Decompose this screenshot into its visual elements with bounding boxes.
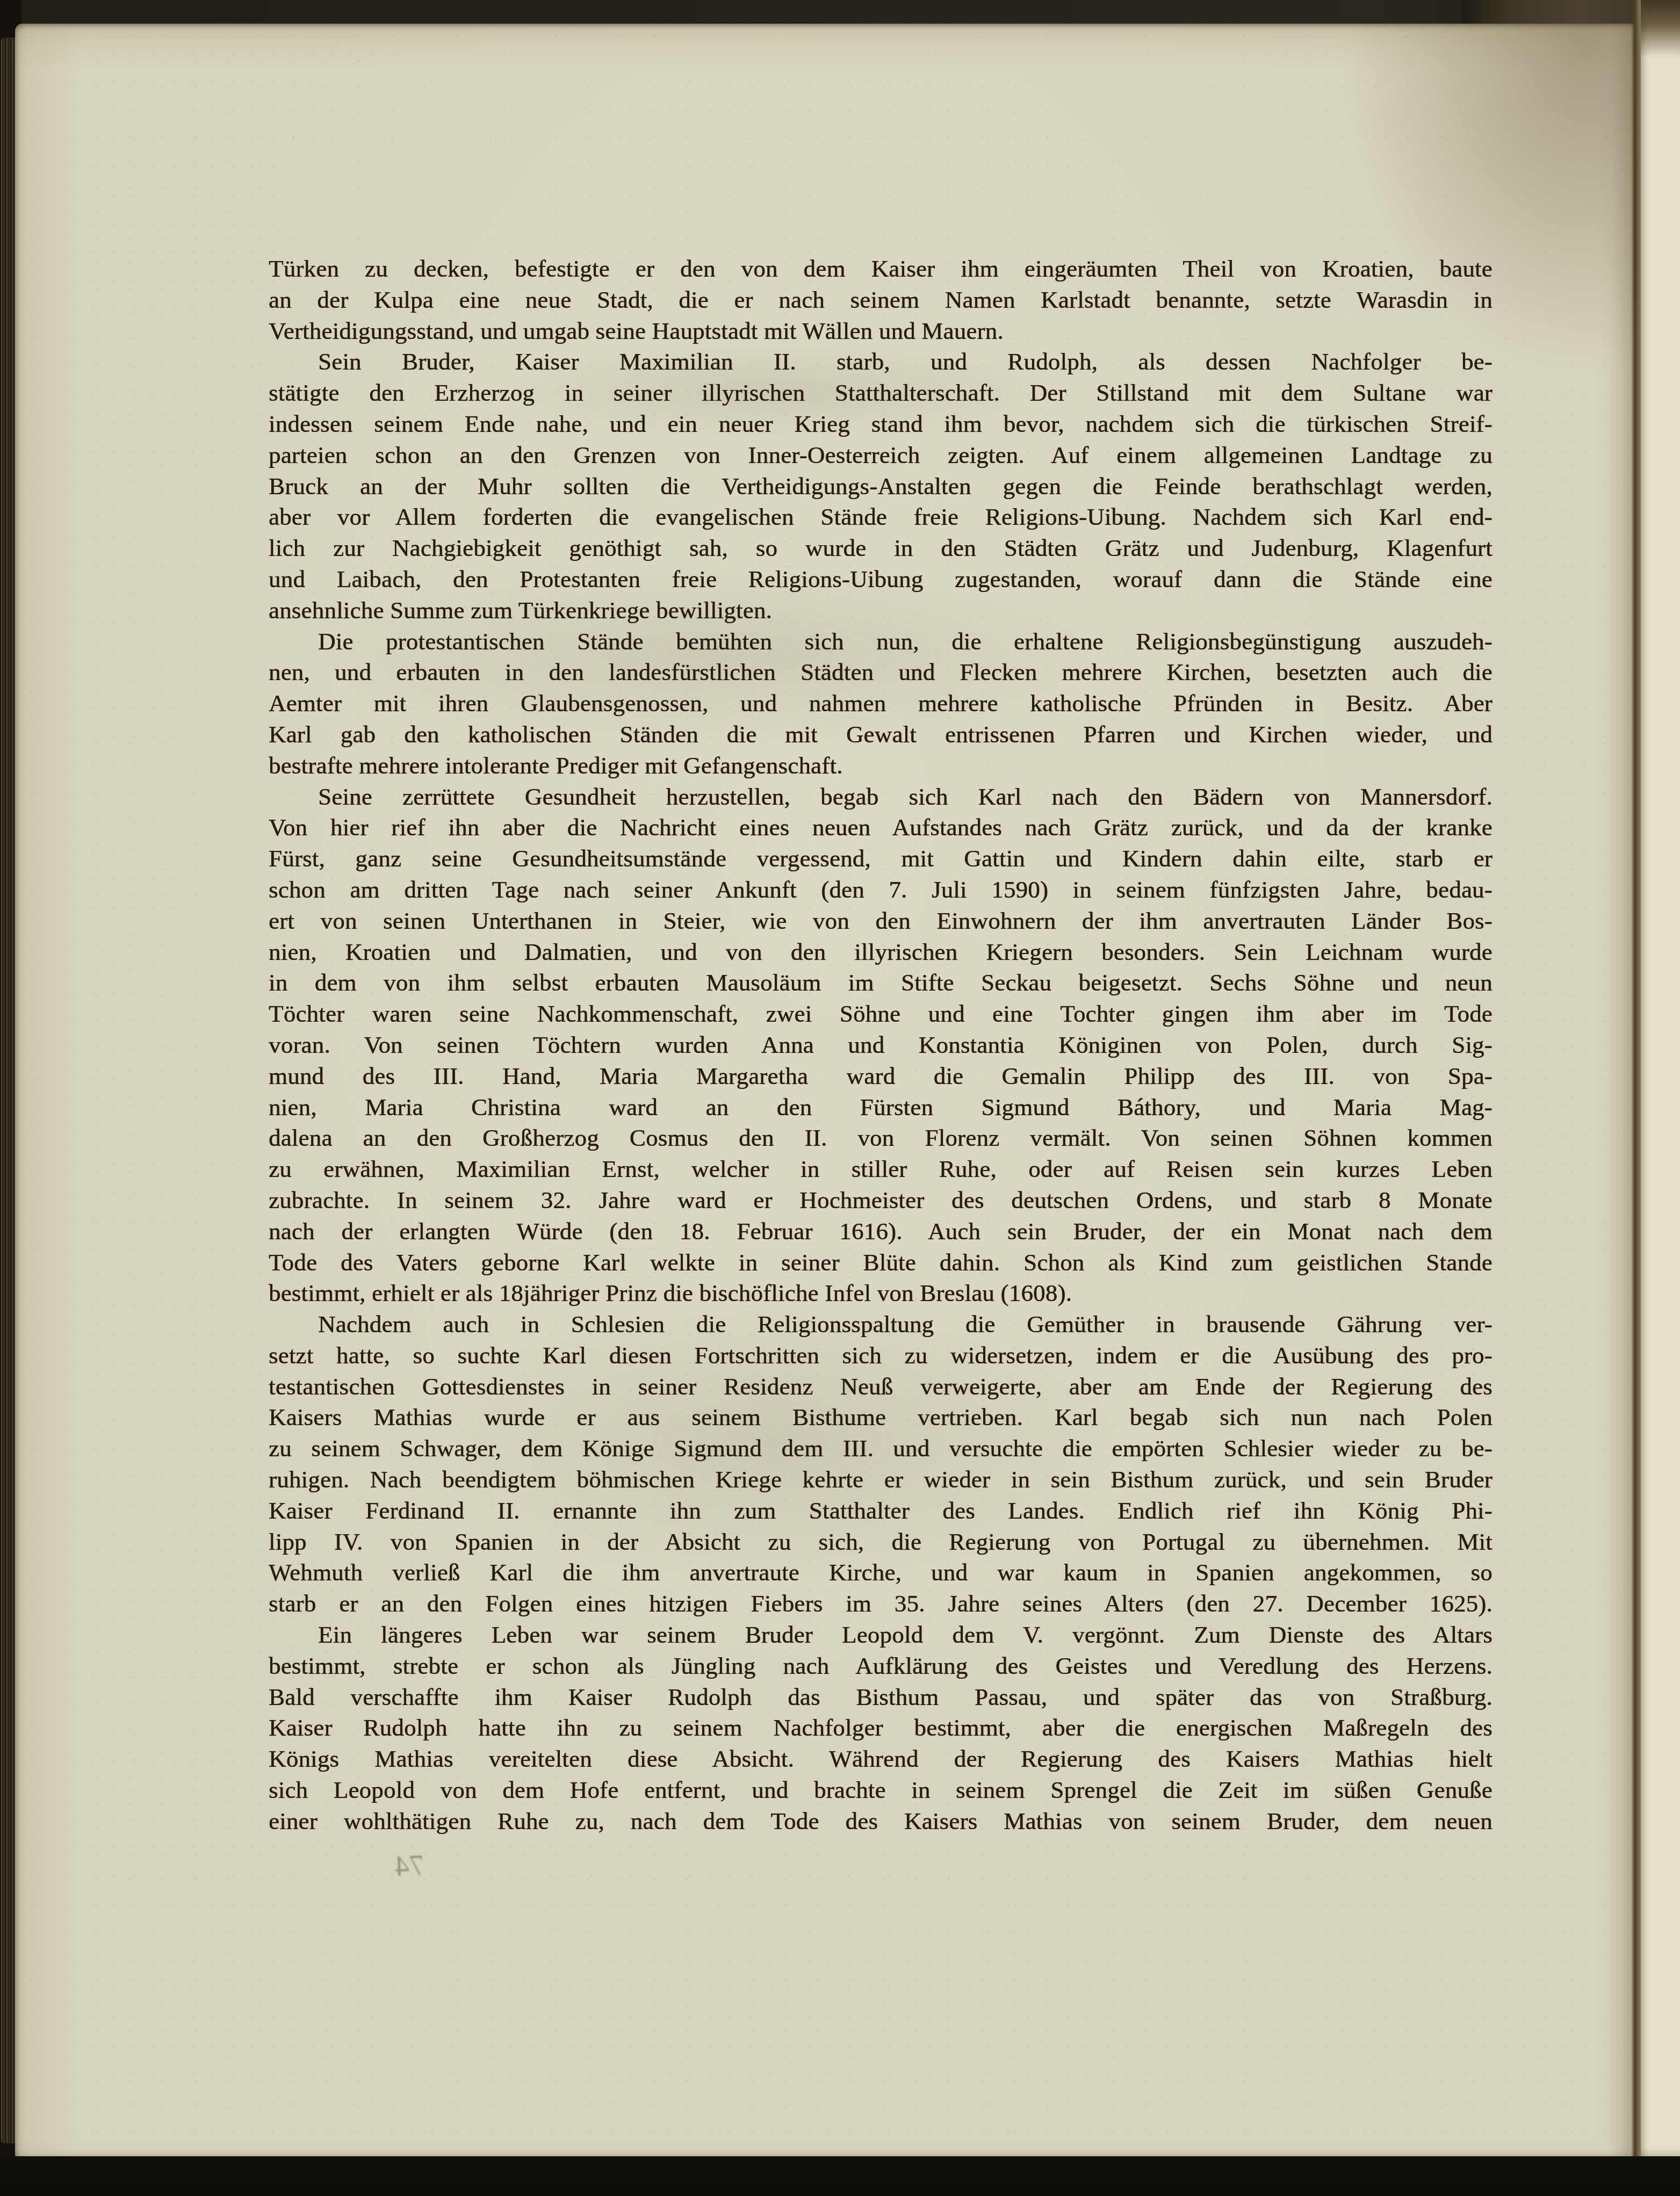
text-line: Bald verschaffte ihm Kaiser Rudolph das … [269,1682,1492,1713]
gutter-crease [1631,0,1641,2196]
text-line: Nachdem auch in Schlesien die Religionss… [269,1309,1492,1340]
text-line: Kaisers Mathias wurde er aus seinem Bist… [269,1402,1492,1433]
text-line: Ein längeres Leben war seinem Bruder Leo… [269,1620,1492,1651]
text-line: bestimmt, strebte er schon als Jüngling … [269,1651,1492,1682]
facing-page-sliver [1641,0,1680,2196]
text-line: Von hier rief ihn aber die Nachricht ein… [269,812,1492,843]
book-scan: Türken zu decken, befestigte er den von … [0,0,1680,2196]
text-line: einer wohlthätigen Ruhe zu, nach dem Tod… [269,1806,1492,1837]
text-line: bestrafte mehrere intolerante Prediger m… [269,750,1492,782]
text-line: setzt hatte, so suchte Karl diesen Forts… [269,1340,1492,1371]
text-line: parteien schon an den Grenzen von Inner-… [269,440,1492,471]
paragraph: Türken zu decken, befestigte er den von … [269,254,1492,346]
text-line: Bruck an der Muhr sollten die Vertheidig… [269,471,1492,502]
text-line: Karl gab den katholischen Ständen die mi… [269,719,1492,750]
text-line: Kaiser Ferdinand II. ernannte ihn zum St… [269,1496,1492,1527]
text-line: Sein Bruder, Kaiser Maximilian II. starb… [269,346,1492,378]
text-line: ansehnliche Summe zum Türkenkriege bewil… [269,595,1492,626]
text-line: testantischen Gottesdienstes in seiner R… [269,1371,1492,1403]
scanner-background-top [0,0,1680,25]
paragraph: Nachdem auch in Schlesien die Religionss… [269,1309,1492,1620]
text-line: Seine zerrüttete Gesundheit herzustellen… [269,782,1492,813]
text-line: aber vor Allem forderten die evangelisch… [269,502,1492,533]
text-line: Kaiser Rudolph hatte ihn zu seinem Nachf… [269,1713,1492,1744]
text-line: Türken zu decken, befestigte er den von … [269,254,1492,285]
paragraph: Sein Bruder, Kaiser Maximilian II. starb… [269,346,1492,626]
text-line: nach der erlangten Würde (den 18. Februa… [269,1216,1492,1247]
text-line: schon am dritten Tage nach seiner Ankunf… [269,875,1492,906]
text-line: an der Kulpa eine neue Stadt, die er nac… [269,285,1492,316]
text-line: Wehmuth verließ Karl die ihm anvertraute… [269,1557,1492,1588]
text-line: Die protestantischen Stände bemühten sic… [269,626,1492,658]
text-line: Tode des Vaters geborne Karl welkte in s… [269,1247,1492,1278]
paragraph: Ein längeres Leben war seinem Bruder Leo… [269,1620,1492,1837]
text-line: zubrachte. In seinem 32. Jahre ward er H… [269,1185,1492,1216]
text-line: lipp IV. von Spanien in der Absicht zu s… [269,1527,1492,1558]
text-line: ert von seinen Unterthanen in Steier, wi… [269,906,1492,937]
text-line: Königs Mathias vereitelten diese Absicht… [269,1744,1492,1775]
text-line: mund des III. Hand, Maria Margaretha war… [269,1061,1492,1092]
text-line: starb er an den Folgen eines hitzigen Fi… [269,1588,1492,1620]
text-line: sich Leopold von dem Hofe entfernt, und … [269,1775,1492,1806]
text-line: stätigte den Erzherzog in seiner illyris… [269,378,1492,409]
text-line: nen, und erbauten in den landesfürstlich… [269,657,1492,688]
scanner-background-bottom [0,2156,1680,2196]
text-line: und Laibach, den Protestanten freie Reli… [269,564,1492,595]
text-line: indessen seinem Ende nahe, und ein neuer… [269,409,1492,440]
text-line: Vertheidigungsstand, und umgab seine Hau… [269,316,1492,347]
text-line: lich zur Nachgiebigkeit genöthigt sah, s… [269,533,1492,564]
page-text-block: Türken zu decken, befestigte er den von … [269,254,1492,1837]
text-line: bestimmt, erhielt er als 18jähriger Prin… [269,1278,1492,1309]
paragraph: Die protestantischen Stände bemühten sic… [269,626,1492,782]
text-line: ruhigen. Nach beendigtem böhmischen Krie… [269,1464,1492,1496]
text-line: dalena an den Großherzog Cosmus den II. … [269,1123,1492,1154]
text-line: Fürst, ganz seine Gesundheitsumstände ve… [269,843,1492,875]
text-line: in dem von ihm selbst erbauten Mausoläum… [269,967,1492,999]
text-line: Aemter mit ihren Glaubensgenossen, und n… [269,688,1492,719]
text-line: Töchter waren seine Nachkommenschaft, zw… [269,999,1492,1030]
bleedthrough-page-number: 74 [394,1851,424,1881]
text-line: zu erwähnen, Maximilian Ernst, welcher i… [269,1154,1492,1185]
text-line: zu seinem Schwager, dem Könige Sigmund d… [269,1433,1492,1464]
text-line: nien, Kroatien und Dalmatien, und von de… [269,937,1492,968]
text-line: voran. Von seinen Töchtern wurden Anna u… [269,1030,1492,1061]
text-line: nien, Maria Christina ward an den Fürste… [269,1092,1492,1123]
paragraph: Seine zerrüttete Gesundheit herzustellen… [269,782,1492,1310]
